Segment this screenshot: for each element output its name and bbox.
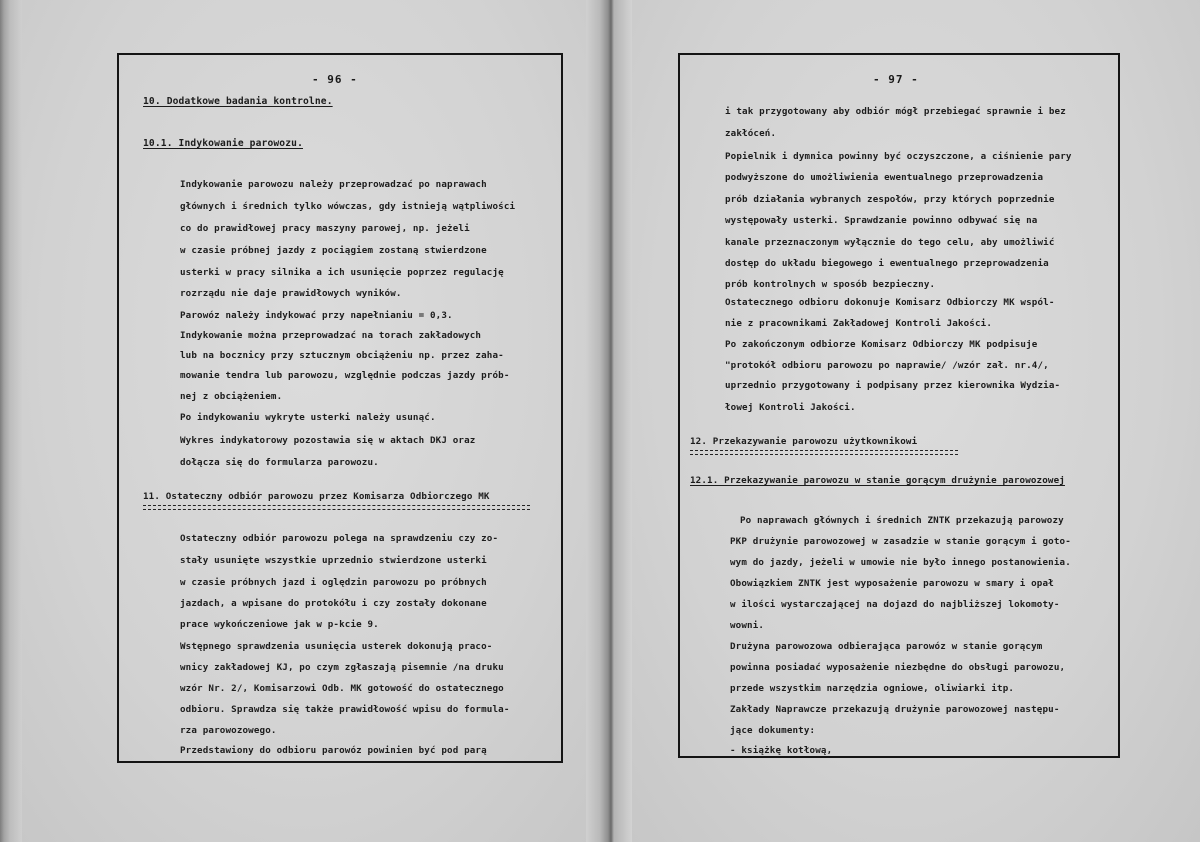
book-spine: [586, 0, 632, 842]
text-line: rozrządu nie daje prawidłowych wyników.: [180, 288, 402, 299]
text-line: Parowóz należy indykować przy napełniani…: [180, 310, 453, 321]
text-line: wzór Nr. 2/, Komisarzowi Odb. MK gotowoś…: [180, 683, 504, 694]
page-number-97: - 97 -: [873, 73, 919, 86]
section-11-heading: 11. Ostateczny odbiór parowozu przez Kom…: [143, 491, 490, 502]
text-line: Po naprawach głównych i średnich ZNTK pr…: [740, 515, 1064, 526]
text-line: prace wykończeniowe jak w p-kcie 9.: [180, 619, 379, 630]
text-line: w ilości wystarczającej na dojazd do naj…: [730, 599, 1060, 610]
text-line: występowały usterki. Sprawdzanie powinno…: [725, 215, 1037, 226]
text-line: wym do jazdy, jeżeli w umowie nie było i…: [730, 557, 1071, 568]
text-line: Ostateczny odbiór parowozu polega na spr…: [180, 533, 498, 544]
text-line: Obowiązkiem ZNTK jest wyposażenie parowo…: [730, 578, 1054, 589]
text-line: Przedstawiony do odbioru parowóz powinie…: [180, 745, 487, 756]
text-line: uprzednio przygotowany i podpisany przez…: [725, 380, 1060, 391]
text-line: Zakłady Naprawcze przekazują drużynie pa…: [730, 704, 1060, 715]
text-line: wnicy zakładowej KJ, po czym zgłaszają p…: [180, 662, 504, 673]
text-line: i tak przygotowany aby odbiór mógł przeb…: [725, 106, 1066, 117]
text-line: usterki w pracy silnika a ich usunięcie …: [180, 267, 504, 278]
text-line: Indykowanie można przeprowadzać na torac…: [180, 330, 481, 341]
text-line: lub na bocznicy przy sztucznym obciążeni…: [180, 350, 504, 361]
section-12-1-heading: 12.1. Przekazywanie parowozu w stanie go…: [690, 475, 1065, 486]
text-line: w czasie próbnych jazd i oględzin parowo…: [180, 577, 487, 588]
text-line: łowej Kontroli Jakości.: [725, 402, 856, 413]
section-10-1-heading: 10.1. Indykowanie parowozu.: [143, 138, 303, 149]
text-line: odbioru. Sprawdza się także prawidłowość…: [180, 704, 510, 715]
text-line: rza parowozowego.: [180, 725, 277, 736]
text-line: "protokół odbioru parowozu po naprawie/ …: [725, 360, 1049, 371]
text-line: Wykres indykatorowy pozostawia się w akt…: [180, 435, 475, 446]
text-line: Ostatecznego odbioru dokonuje Komisarz O…: [725, 297, 1055, 308]
text-line: prób działania wybranych zespołów, przy …: [725, 194, 1055, 205]
text-line: w czasie próbnej jazdy z pociągiem zosta…: [180, 245, 487, 256]
text-line: co do prawidłowej pracy maszyny parowej,…: [180, 223, 470, 234]
text-line: Indykowanie parowozu należy przeprowadza…: [180, 179, 487, 190]
section-12-heading: 12. Przekazywanie parowozu użytkownikowi: [690, 436, 917, 447]
text-line: jące dokumenty:: [730, 725, 815, 736]
text-line: mowanie tendra lub parowozu, względnie p…: [180, 370, 510, 381]
text-line: wowni.: [730, 620, 764, 631]
text-line: nej z obciążeniem.: [180, 391, 282, 402]
text-line: podwyższone do umożliwienia ewentualnego…: [725, 172, 1043, 183]
text-line: Po zakończonym odbiorze Komisarz Odbiorc…: [725, 339, 1037, 350]
text-line: Drużyna parowozowa odbierająca parowóz w…: [730, 641, 1042, 652]
book-outer-edge: [0, 0, 22, 842]
text-line: dostęp do układu biegowego i ewentualneg…: [725, 258, 1049, 269]
section-12-double-underline: [690, 450, 958, 455]
text-line: PKP drużynie parowozowej w zasadzie w st…: [730, 536, 1071, 547]
text-line: nie z pracownikami Zakładowej Kontroli J…: [725, 318, 992, 329]
text-line: Wstępnego sprawdzenia usunięcia usterek …: [180, 641, 492, 652]
text-line: Po indykowaniu wykryte usterki należy us…: [180, 412, 436, 423]
text-line: Popielnik i dymnica powinny być oczyszcz…: [725, 151, 1072, 162]
text-line: powinna posiadać wyposażenie niezbędne d…: [730, 662, 1065, 673]
left-page-frame: [117, 53, 563, 763]
page-number-96: - 96 -: [312, 73, 358, 86]
text-line: jazdach, a wpisane do protokółu i czy zo…: [180, 598, 487, 609]
text-line: przede wszystkim narzędzia ogniowe, oliw…: [730, 683, 1014, 694]
text-line: - książkę kotłową,: [730, 745, 832, 756]
text-line: głównych i średnich tylko wówczas, gdy i…: [180, 201, 515, 212]
text-line: prób kontrolnych w sposób bezpieczny.: [725, 279, 935, 290]
section-11-double-underline: [143, 505, 530, 510]
text-line: stały usunięte wszystkie uprzednio stwie…: [180, 555, 487, 566]
text-line: dołącza się do formularza parowozu.: [180, 457, 379, 468]
section-10-heading: 10. Dodatkowe badania kontrolne.: [143, 96, 333, 107]
text-line: kanale przeznaczonym wyłącznie do tego c…: [725, 237, 1055, 248]
text-line: zakłóceń.: [725, 128, 776, 139]
